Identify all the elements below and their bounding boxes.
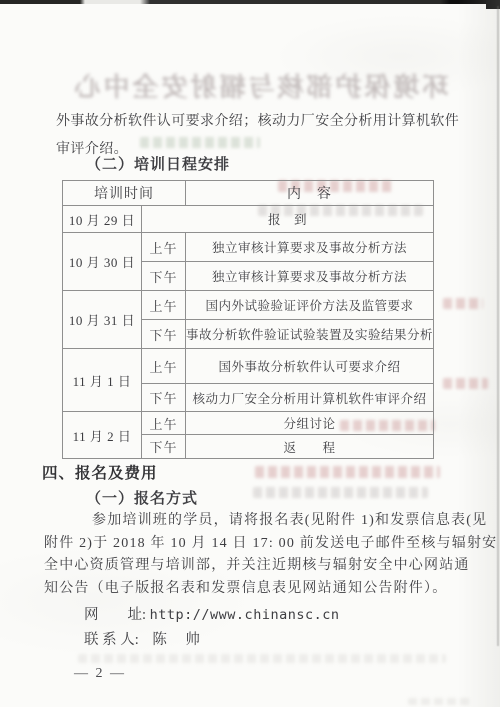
content-cell: 国内外试验验证评价方法及监管要求 — [186, 291, 434, 320]
session-cell: 上午 — [142, 349, 186, 384]
website-line: 网 址: http://www.chinansc.cn — [84, 603, 339, 624]
bleedthrough-mark — [443, 378, 488, 389]
content-cell: 独立审核计算要求及事故分析方法 — [186, 233, 434, 262]
session-cell: 上午 — [142, 412, 186, 435]
header-time-cell: 培训时间 — [63, 181, 186, 206]
page-number: — 2 — — [74, 666, 126, 682]
date-cell: 10 月 29 日 — [63, 206, 142, 233]
paragraph-line: 全中心资质管理与培训部，并关注近期核与辐射安全中心网站通 — [44, 558, 470, 573]
date-cell: 10 月 31 日 — [63, 291, 142, 349]
session-cell: 下午 — [142, 262, 186, 291]
header-content-cell: 内 容 — [186, 181, 434, 206]
table-row: 10 月 29 日 报 到 — [63, 206, 434, 233]
registration-heading: 四、报名及费用 — [42, 461, 158, 483]
website-label: 网 址: — [84, 607, 150, 623]
table-row: 11 月 2 日 上午 分组讨论 — [63, 412, 434, 435]
content-cell: 国外事故分析软件认可要求介绍 — [186, 349, 434, 384]
scanned-document-page: 环境保护部核与辐射安全中心 外事故分析软件认可要求介绍；核动力厂安全分析用计算机… — [0, 0, 500, 707]
website-url: http://www.chinansc.cn — [150, 607, 340, 623]
content-cell: 返 程 — [186, 435, 434, 459]
registration-paragraph: 参加培训班的学员，请将报名表(见附件 1)和发票信息表(见 附件 2)于 201… — [44, 510, 464, 600]
session-cell: 下午 — [142, 384, 186, 412]
contact-line: 联 系 人: 陈 帅 — [84, 628, 202, 649]
content-cell: 独立审核计算要求及事故分析方法 — [186, 262, 434, 291]
table-row: 10 月 31 日 上午 国内外试验验证评价方法及监管要求 — [63, 291, 434, 320]
date-cell: 10 月 30 日 — [63, 233, 142, 291]
content-cell: 核动力厂安全分析用计算机软件审评介绍 — [186, 384, 434, 412]
scan-right-shading — [458, 0, 500, 707]
table-header-row: 培训时间 内 容 — [63, 181, 434, 206]
content-cell: 事故分析软件验证试验装置及实验结果分析 — [186, 320, 434, 349]
session-cell: 上午 — [142, 233, 186, 262]
schedule-heading: （二）培训日程安排 — [86, 153, 230, 174]
table-row: 10 月 30 日 上午 独立审核计算要求及事故分析方法 — [63, 233, 434, 262]
paragraph-line: 知公告（电子版报名表和发票信息表见网站通知公告附件）。 — [44, 581, 447, 596]
session-cell: 下午 — [142, 435, 186, 459]
schedule-table: 培训时间 内 容 10 月 29 日 报 到 10 月 30 日 上午 独立审核… — [62, 180, 434, 459]
date-cell: 11 月 1 日 — [63, 349, 142, 412]
table-row: 11 月 1 日 上午 国外事故分析软件认可要求介绍 — [63, 349, 434, 384]
bleedthrough-mark — [255, 466, 440, 478]
scan-top-edge — [0, 0, 500, 4]
bleedthrough-mark — [408, 698, 473, 705]
bleedthrough-title: 环境保护部核与辐射安全中心 — [70, 67, 450, 104]
session-cell: 上午 — [142, 291, 186, 320]
intro-line-1: 外事故分析软件认可要求介绍；核动力厂安全分析用计算机软件 — [56, 114, 459, 129]
contact-label: 联 系 人: — [84, 632, 142, 648]
contact-name: 陈 帅 — [152, 632, 202, 648]
content-cell: 分组讨论 — [186, 412, 434, 435]
bleedthrough-mark — [253, 487, 428, 498]
bleedthrough-mark — [443, 298, 483, 309]
session-cell: 下午 — [142, 320, 186, 349]
content-cell: 报 到 — [142, 206, 434, 233]
bleedthrough-mark — [78, 654, 446, 663]
paragraph-line: 参加培训班的学员，请将报名表(见附件 1)和发票信息表(见 — [44, 513, 487, 528]
date-cell: 11 月 2 日 — [63, 412, 142, 459]
registration-subheading: （一）报名方式 — [86, 487, 198, 508]
paragraph-line: 附件 2)于 2018 年 10 月 14 日 17: 00 前发送电子邮件至核… — [44, 536, 497, 551]
